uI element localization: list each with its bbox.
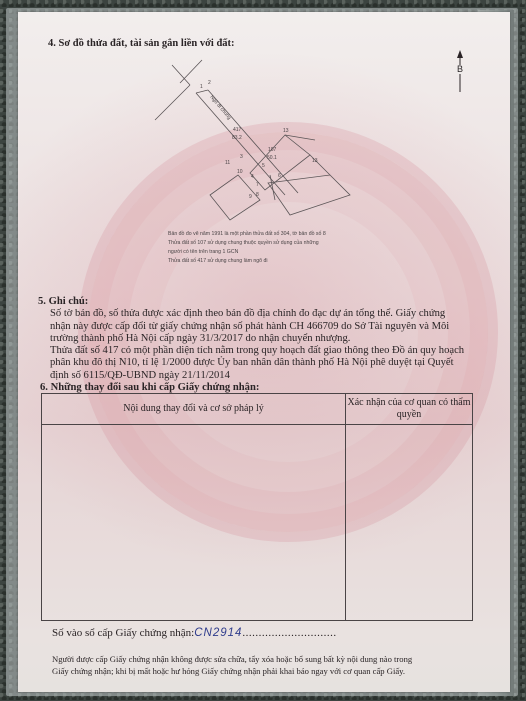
plot-note: Thửa đất số 107 sử dụng chung thuộc quyề…: [168, 239, 368, 248]
note-line: định số 6115/QĐ-UBND ngày 21/11/2014: [50, 370, 498, 382]
point-label: 8: [256, 192, 259, 198]
column-header-content: Nội dung thay đổi và cơ sở pháp lý: [42, 394, 346, 425]
note-line: Thửa đất số 417 có một phần diện tích nằ…: [50, 345, 498, 357]
road-label: Ngõ đi chung: [208, 94, 232, 121]
registry-value: CN2914: [194, 627, 242, 639]
point-label: 9: [249, 194, 252, 200]
parcel-107-number: 107: [268, 147, 277, 153]
plot-notes: Bản đồ đo vẽ năm 1991 là một phần thửa đ…: [168, 230, 368, 266]
note-line: trường thành phố Hà Nội cấp ngày 31/3/20…: [50, 333, 498, 345]
section-6-title: 6. Những thay đổi sau khi cấp Giấy chứng…: [40, 382, 259, 393]
registry-number: Số vào sổ cấp Giấy chứng nhận:CN2914....…: [52, 627, 337, 639]
point-label: 2: [208, 80, 211, 86]
changes-table: Nội dung thay đổi và cơ sở pháp lý Xác n…: [41, 393, 473, 621]
point-label: 6: [278, 173, 281, 179]
plot-note: Bản đồ đo vẽ năm 1991 là một phần thửa đ…: [168, 230, 368, 239]
point-label: 4: [251, 174, 254, 180]
point-label: 3: [240, 154, 243, 160]
point-label: 13: [312, 158, 318, 164]
warning-line: Người được cấp Giấy chứng nhận không đượ…: [52, 653, 482, 665]
point-label: 5: [262, 163, 265, 169]
section-5-title: 5. Ghi chú:: [38, 296, 498, 308]
note-line: nhận này được cấp đổi từ giấy chứng nhận…: [50, 321, 498, 333]
section-5-notes: 5. Ghi chú: Số tờ bản đồ, số thửa được x…: [38, 296, 498, 382]
changes-content-cell: [42, 425, 346, 621]
warning-line: Giấy chứng nhận; khi bị mất hoặc hư hỏng…: [52, 665, 482, 677]
warning-notice: Người được cấp Giấy chứng nhận không đượ…: [52, 653, 482, 677]
point-label: 1: [200, 84, 203, 90]
point-label: 11: [225, 160, 230, 166]
land-plot-diagram: 1 2 417 83.2 107 50.1 3 4 5 6 7 8 9 10 1…: [150, 55, 370, 225]
point-label: 7: [256, 182, 259, 188]
point-label: 10: [237, 169, 243, 175]
parcel-417-area: 83.2: [232, 135, 242, 141]
north-label: B: [457, 65, 463, 74]
plot-note: Thửa đất số 417 sử dụng chung làm ngõ đi: [168, 257, 368, 266]
changes-confirmation-cell: [346, 425, 473, 621]
note-line: Số tờ bản đồ, số thửa được xác định theo…: [50, 308, 498, 320]
column-header-confirmation: Xác nhận của cơ quan có thẩm quyền: [346, 394, 473, 425]
point-label: 13: [283, 128, 289, 134]
registry-dots: .............................: [242, 627, 336, 639]
note-line: phân khu đô thị N10, tỉ lệ 1/2000 được Ủ…: [50, 357, 498, 369]
registry-label: Số vào sổ cấp Giấy chứng nhận:: [52, 627, 194, 639]
parcel-417-number: 417: [233, 127, 242, 133]
parcel-107-area: 50.1: [267, 155, 277, 161]
section-4-title: 4. Sơ đồ thửa đất, tài sản gắn liền với …: [48, 38, 235, 49]
plot-note: người có tên trên trang 1 GCN: [168, 248, 368, 257]
